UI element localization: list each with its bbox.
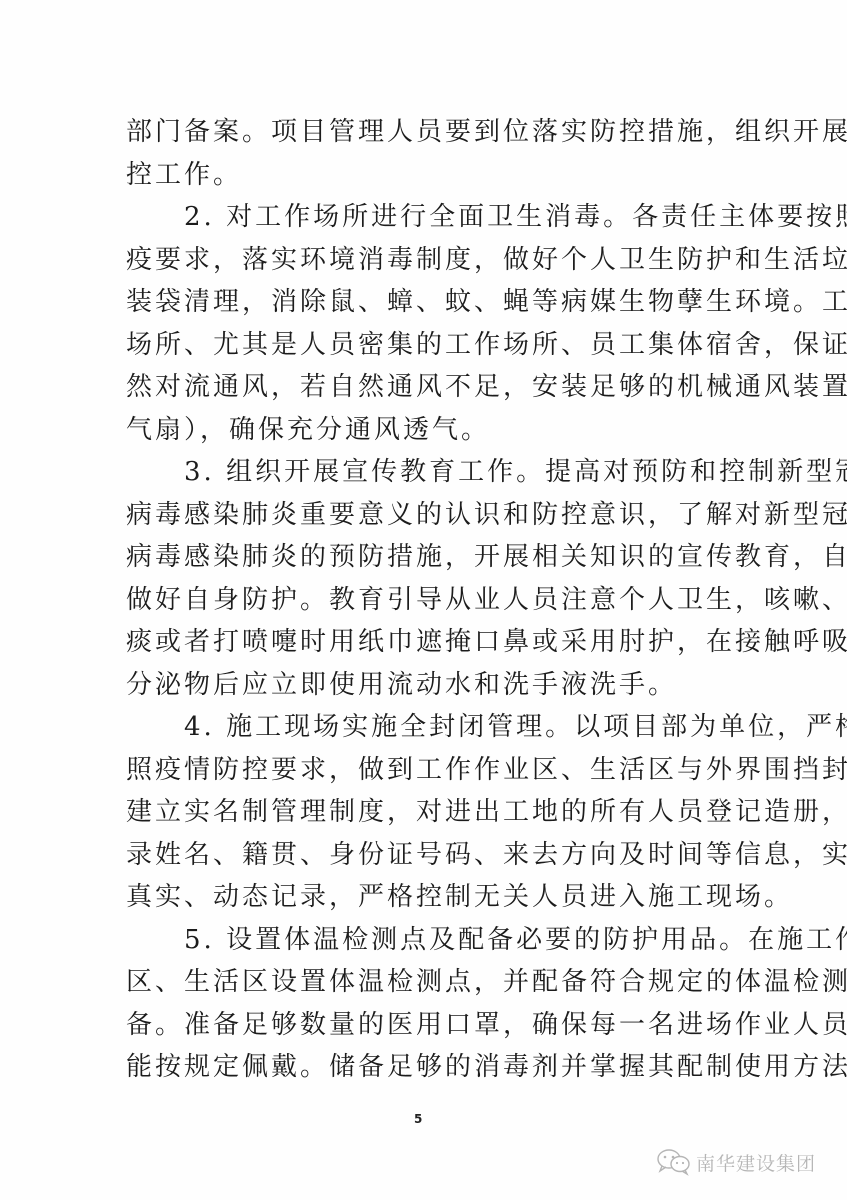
text-line: 建立实名制管理制度，对进出工地的所有人员登记造册，记 [126,791,726,834]
watermark: 南华建设集团 [656,1147,816,1177]
body-text: 部门备案。项目管理人员要到位落实防控措施，组织开展防 控工作。 2. 对工作场所… [126,111,726,1089]
text-line: 病毒感染肺炎重要意义的认识和防控意识，了解对新型冠状 [126,494,726,537]
watermark-text: 南华建设集团 [696,1149,816,1176]
text-line: 然对流通风，若自然通风不足，安装足够的机械通风装置（排 [126,366,726,409]
text-line: 部门备案。项目管理人员要到位落实防控措施，组织开展防 [126,111,726,154]
text-line: 病毒感染肺炎的预防措施，开展相关知识的宣传教育，自觉 [126,536,726,579]
text-line: 气扇），确保充分通风透气。 [126,409,726,452]
section-heading-line: 2. 对工作场所进行全面卫生消毒。各责任主体要按照防 [126,196,726,239]
wechat-icon [656,1148,692,1176]
document-page: 部门备案。项目管理人员要到位落实防控措施，组织开展防 控工作。 2. 对工作场所… [0,0,847,1200]
section-heading-line: 5. 设置体温检测点及配备必要的防护用品。在施工作业 [126,919,726,962]
section-heading-line: 4. 施工现场实施全封闭管理。以项目部为单位，严格按 [126,706,726,749]
text-line: 录姓名、籍贯、身份证号码、来去方向及时间等信息，实施 [126,834,726,877]
text-line: 做好自身防护。教育引导从业人员注意个人卫生，咳嗽、吐 [126,579,726,622]
text-line: 装袋清理，消除鼠、蟑、蚊、蝇等病媒生物孽生环境。工作 [126,281,726,324]
text-line: 真实、动态记录，严格控制无关人员进入施工现场。 [126,876,726,919]
text-line: 控工作。 [126,154,726,197]
text-line: 场所、尤其是人员密集的工作场所、员工集体宿舍，保证自 [126,324,726,367]
text-line: 区、生活区设置体温检测点，并配备符合规定的体温检测设 [126,961,726,1004]
text-line: 备。准备足够数量的医用口罩，确保每一名进场作业人员均 [126,1004,726,1047]
text-line: 痰或者打喷嚏时用纸巾遮掩口鼻或采用肘护，在接触呼吸道 [126,621,726,664]
text-line: 能按规定佩戴。储备足够的消毒剂并掌握其配制使用方法。 [126,1046,726,1089]
text-line: 分泌物后应立即使用流动水和洗手液洗手。 [126,664,726,707]
section-heading-line: 3. 组织开展宣传教育工作。提高对预防和控制新型冠状 [126,451,726,494]
page-number: 5 [414,1112,422,1126]
text-line: 照疫情防控要求，做到工作作业区、生活区与外界围挡封闭。 [126,749,726,792]
text-line: 疫要求，落实环境消毒制度，做好个人卫生防护和生活垃圾 [126,239,726,282]
